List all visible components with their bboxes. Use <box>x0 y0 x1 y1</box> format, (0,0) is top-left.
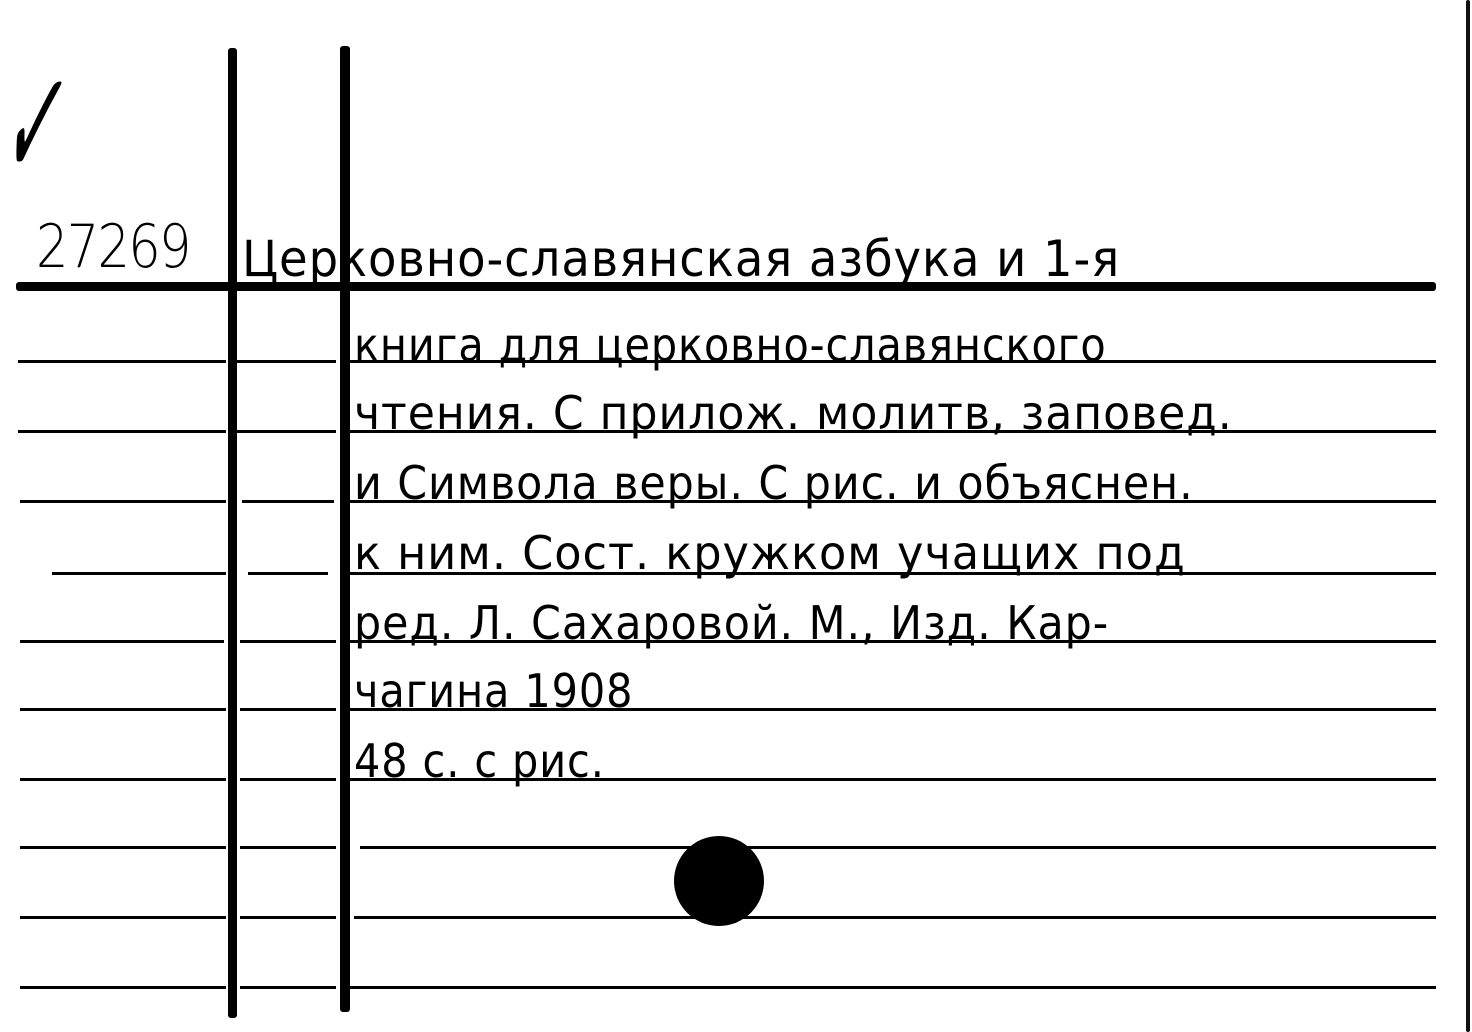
pagination-line: 48 с. с рис. <box>354 734 605 788</box>
entry-line: чагина 1908 <box>354 664 633 718</box>
entry-line: к ним. Сост. кружком учащих под <box>354 526 1186 580</box>
ruled-line-left <box>20 916 226 919</box>
ruled-line-left <box>20 708 226 711</box>
entry-line: чтения. С прилож. молитв, заповед. <box>354 386 1233 440</box>
check-mark-icon: ✓ <box>0 40 81 210</box>
ruled-line-mid <box>240 778 336 781</box>
ruled-line-left <box>20 986 226 989</box>
ruled-line-left <box>20 500 226 503</box>
ruled-line-left <box>20 778 226 781</box>
ruled-line-mid <box>240 708 336 711</box>
entry-line: ред. Л. Сахаровой. М., Изд. Кар- <box>354 596 1109 650</box>
entry-line: книга для церковно-славянского <box>354 318 1107 372</box>
ruled-line-mid <box>242 500 334 503</box>
ruled-line-mid <box>240 846 336 849</box>
catalog-card: ✓ 27269 Церковно-славянская азбука и 1-я… <box>0 0 1472 1032</box>
ruled-line-mid <box>236 430 336 433</box>
ruled-line-left <box>20 640 224 643</box>
left-margin-rule <box>228 48 237 1018</box>
ruled-line-left <box>18 360 226 363</box>
text-margin-rule <box>340 46 350 1012</box>
ruled-line-mid <box>240 986 336 989</box>
ruled-line-mid <box>240 916 336 919</box>
title-line: Церковно-славянская азбука и 1-я <box>242 232 1120 286</box>
entry-line: и Символа веры. С рис. и объяснен. <box>354 456 1194 510</box>
punch-hole <box>674 836 764 926</box>
ruled-line-mid <box>236 360 336 363</box>
ruled-line-mid <box>248 572 328 575</box>
ruled-line-left <box>52 572 226 575</box>
card-right-edge <box>1466 0 1470 1032</box>
ruled-line-left <box>18 430 226 433</box>
ruled-line-main <box>354 916 1436 919</box>
ruled-line-main <box>350 986 1436 989</box>
ruled-line-main <box>360 846 1436 849</box>
ruled-line-mid <box>240 640 336 643</box>
ruled-line-left <box>20 846 226 849</box>
catalog-number: 27269 <box>36 212 190 282</box>
